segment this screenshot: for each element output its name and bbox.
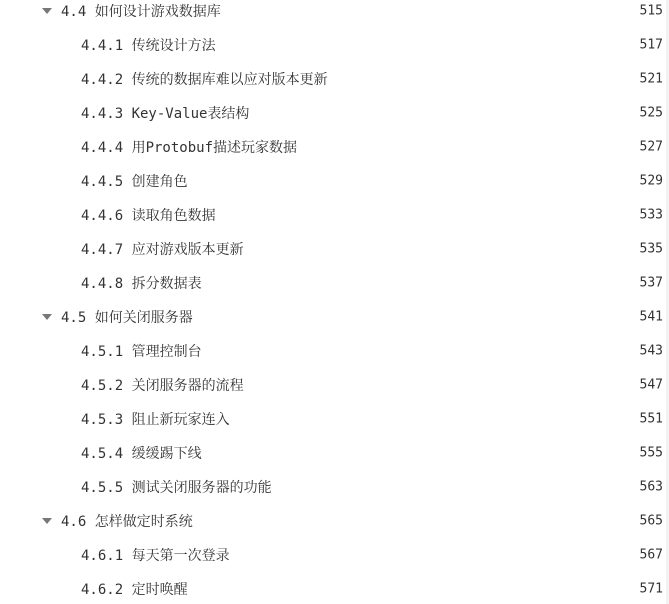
toc-item-page: 525 xyxy=(639,106,663,121)
toc-item-label: 4.5.3 阻止新玩家连入 xyxy=(81,409,230,429)
triangle-down-icon[interactable] xyxy=(42,8,52,14)
toc-item-page: 517 xyxy=(639,38,663,53)
toc-item-label: 4.6.2 定时唤醒 xyxy=(81,579,188,599)
toc-item-label: 4.4 如何设计游戏数据库 xyxy=(61,1,221,21)
toc-item-page: 571 xyxy=(639,582,663,597)
toc-item-label: 4.4.3 Key-Value表结构 xyxy=(81,103,249,123)
toc-item-4-5-2[interactable]: 4.5.2 关闭服务器的流程 547 xyxy=(0,368,666,402)
toc-section-4-5[interactable]: 4.5 如何关闭服务器 541 xyxy=(0,300,666,334)
toc-item-page: 563 xyxy=(639,480,663,495)
toc-item-page: 529 xyxy=(639,174,663,189)
toc-item-4-5-5[interactable]: 4.5.5 测试关闭服务器的功能 563 xyxy=(0,470,666,504)
toc-item-label: 4.4.8 拆分数据表 xyxy=(81,273,202,293)
toc-item-page: 551 xyxy=(639,412,663,427)
toc-item-label: 4.4.6 读取角色数据 xyxy=(81,205,216,225)
toc-item-label: 4.5.2 关闭服务器的流程 xyxy=(81,375,244,395)
toc-item-label: 4.4.5 创建角色 xyxy=(81,171,188,191)
toc-item-4-6-1[interactable]: 4.6.1 每天第一次登录 567 xyxy=(0,538,666,572)
toc-item-4-4-6[interactable]: 4.4.6 读取角色数据 533 xyxy=(0,198,666,232)
toc-item-4-4-3[interactable]: 4.4.3 Key-Value表结构 525 xyxy=(0,96,666,130)
triangle-down-icon[interactable] xyxy=(42,518,52,524)
toc-item-label: 4.4.7 应对游戏版本更新 xyxy=(81,239,244,259)
toc-item-page: 515 xyxy=(639,4,663,19)
toc-item-label: 4.6.1 每天第一次登录 xyxy=(81,545,230,565)
toc-item-page: 555 xyxy=(639,446,663,461)
toc-section-4-6[interactable]: 4.6 怎样做定时系统 565 xyxy=(0,504,666,538)
toc-item-4-5-1[interactable]: 4.5.1 管理控制台 543 xyxy=(0,334,666,368)
toc-item-page: 567 xyxy=(639,548,663,563)
toc-item-page: 535 xyxy=(639,242,663,257)
toc-item-4-4-7[interactable]: 4.4.7 应对游戏版本更新 535 xyxy=(0,232,666,266)
toc-item-page: 537 xyxy=(639,276,663,291)
toc-item-label: 4.4.1 传统设计方法 xyxy=(81,35,216,55)
toc-item-page: 565 xyxy=(639,514,663,529)
toc-item-4-4-4[interactable]: 4.4.4 用Protobuf描述玩家数据 527 xyxy=(0,130,666,164)
toc-item-label: 4.5 如何关闭服务器 xyxy=(61,307,193,327)
toc-item-page: 547 xyxy=(639,378,663,393)
toc-item-page: 527 xyxy=(639,140,663,155)
toc-item-label: 4.5.1 管理控制台 xyxy=(81,341,202,361)
toc-item-4-4-2[interactable]: 4.4.2 传统的数据库难以应对版本更新 521 xyxy=(0,62,666,96)
toc-item-label: 4.4.4 用Protobuf描述玩家数据 xyxy=(81,137,297,157)
toc-item-label: 4.6 怎样做定时系统 xyxy=(61,511,193,531)
toc-item-label: 4.5.5 测试关闭服务器的功能 xyxy=(81,477,272,497)
toc-item-label: 4.5.4 缓缓踢下线 xyxy=(81,443,202,463)
toc-item-page: 521 xyxy=(639,72,663,87)
toc-item-4-6-2[interactable]: 4.6.2 定时唤醒 571 xyxy=(0,572,666,604)
toc-item-4-5-3[interactable]: 4.5.3 阻止新玩家连入 551 xyxy=(0,402,666,436)
triangle-down-icon[interactable] xyxy=(42,314,52,320)
table-of-contents: 4.4 如何设计游戏数据库 515 4.4.1 传统设计方法 517 4.4.2… xyxy=(0,0,666,604)
toc-item-4-4-1[interactable]: 4.4.1 传统设计方法 517 xyxy=(0,28,666,62)
toc-item-page: 533 xyxy=(639,208,663,223)
toc-item-4-4-5[interactable]: 4.4.5 创建角色 529 xyxy=(0,164,666,198)
toc-item-4-4-8[interactable]: 4.4.8 拆分数据表 537 xyxy=(0,266,666,300)
toc-item-page: 541 xyxy=(639,310,663,325)
toc-item-label: 4.4.2 传统的数据库难以应对版本更新 xyxy=(81,69,328,89)
toc-item-4-5-4[interactable]: 4.5.4 缓缓踢下线 555 xyxy=(0,436,666,470)
toc-section-4-4[interactable]: 4.4 如何设计游戏数据库 515 xyxy=(0,0,666,28)
toc-item-page: 543 xyxy=(639,344,663,359)
